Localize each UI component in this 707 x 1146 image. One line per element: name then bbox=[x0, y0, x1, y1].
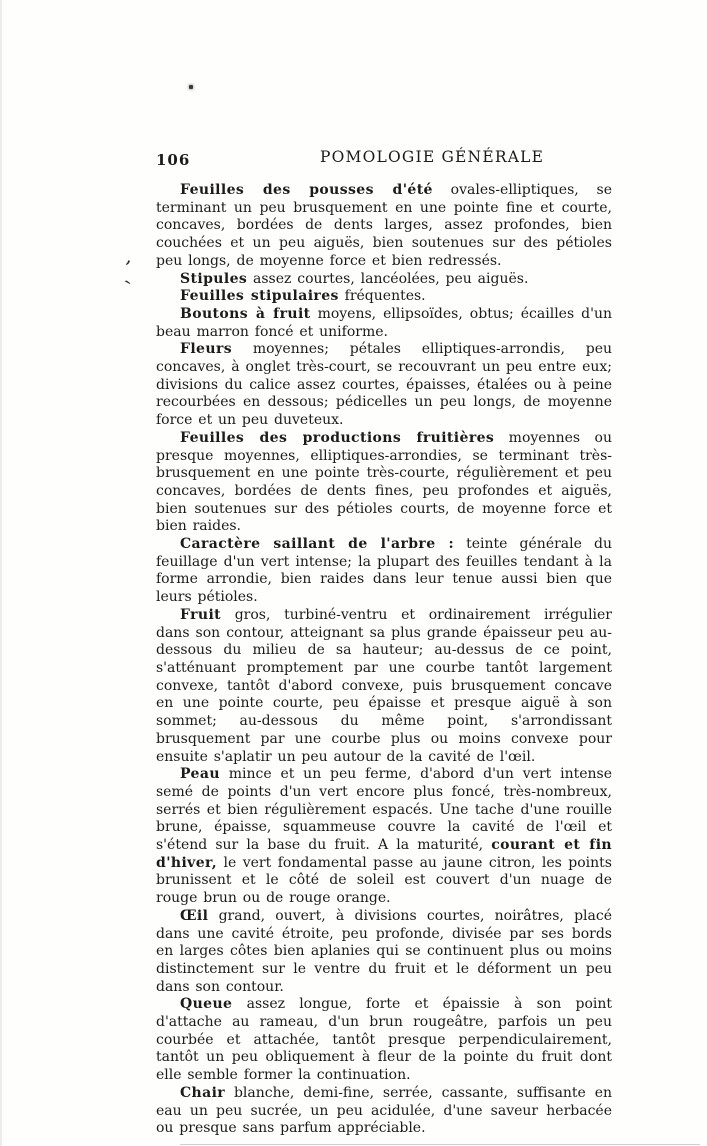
paragraph-lead: Queue bbox=[180, 996, 232, 1012]
paragraph-text: grand, ouvert, à divisions courtes, noir… bbox=[156, 908, 612, 995]
paragraph-text: le vert fondamental passe au jaune citro… bbox=[156, 855, 612, 906]
paragraph-feuilles-productions-fruitieres: Feuilles des productions fruitières moye… bbox=[156, 430, 612, 536]
paragraph-lead: Peau bbox=[180, 766, 220, 782]
paragraph-queue: Queue assez longue, forte et épaissie à … bbox=[156, 996, 612, 1085]
paragraph-lead: Caractère saillant de l'arbre : bbox=[180, 536, 454, 552]
paragraph-lead: Fruit bbox=[180, 607, 221, 623]
paragraph-chair: Chair blanche, demi-fine, serrée, cassan… bbox=[156, 1085, 612, 1138]
page-header: 106 POMOLOGIE GÉNÉRALE bbox=[156, 148, 612, 170]
paragraph-lead: Boutons à fruit bbox=[180, 306, 311, 322]
scan-artifact-margin-mark: ʼ bbox=[121, 256, 132, 281]
paragraph-text: gros, turbiné-ventru et ordinairement ir… bbox=[156, 607, 612, 765]
scan-artifact-speck bbox=[189, 85, 193, 89]
paragraph-peau: Peau mince et un peu ferme, d'abord d'un… bbox=[156, 766, 612, 908]
paragraph-text: blanche, demi-fine, serrée, cassante, su… bbox=[156, 1085, 612, 1136]
paragraph-lead: Feuilles des productions fruitières bbox=[180, 430, 494, 446]
scan-edge-left bbox=[0, 0, 2, 1146]
scan-artifact-margin-mark: ` bbox=[122, 277, 140, 304]
paragraph-caractere-saillant: Caractère saillant de l'arbre : teinte g… bbox=[156, 536, 612, 607]
paragraph-fleurs: Fleurs moyennes; pétales elliptiques-arr… bbox=[156, 341, 612, 430]
paragraph-boutons-a-fruit: Boutons à fruit moyens, ellipsoïdes, obt… bbox=[156, 306, 612, 341]
paragraph-fruit: Fruit gros, turbiné-ventru et ordinairem… bbox=[156, 607, 612, 766]
paragraph-lead: Stipules bbox=[180, 271, 247, 287]
paragraph-lead: Fleurs bbox=[180, 341, 232, 357]
paragraph-feuilles-pousses-ete: Feuilles des pousses d'été ovales-ellipt… bbox=[156, 182, 612, 271]
running-title: POMOLOGIE GÉNÉRALE bbox=[320, 148, 544, 166]
body-text: Feuilles des pousses d'été ovales-ellipt… bbox=[156, 182, 612, 1138]
paragraph-feuilles-stipulaires: Feuilles stipulaires fréquentes. bbox=[156, 288, 612, 306]
scan-edge-bottom bbox=[180, 1144, 700, 1145]
scanned-book-page: 106 POMOLOGIE GÉNÉRALE Feuilles des pous… bbox=[0, 0, 707, 1146]
page-number: 106 bbox=[156, 151, 190, 169]
paragraph-lead: Feuilles stipulaires bbox=[180, 288, 339, 304]
paragraph-text: assez courtes, lancéolées, peu aiguës. bbox=[247, 271, 528, 287]
paragraph-lead: Œil bbox=[180, 908, 208, 924]
paragraph-oeil: Œil grand, ouvert, à divisions courtes, … bbox=[156, 908, 612, 997]
paragraph-lead: Feuilles des pousses d'été bbox=[180, 182, 433, 198]
paragraph-stipules: Stipules assez courtes, lancéolées, peu … bbox=[156, 271, 612, 289]
paragraph-lead: Chair bbox=[180, 1085, 225, 1101]
paragraph-text: fréquentes. bbox=[339, 288, 426, 304]
